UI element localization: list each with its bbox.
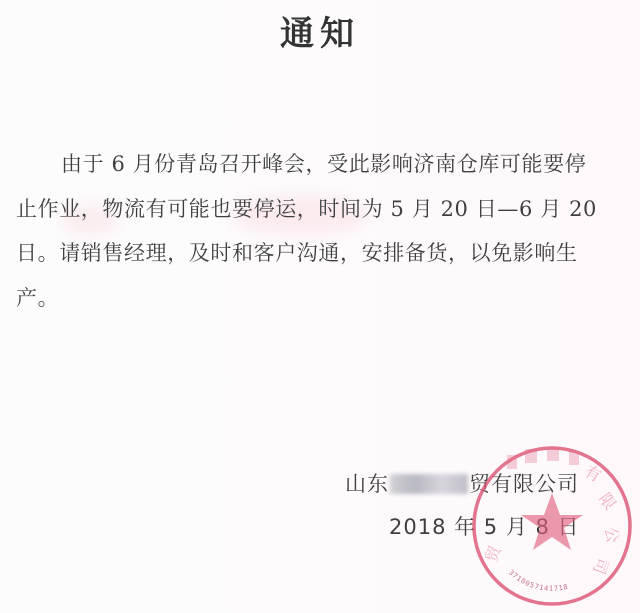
- body-line-4: 产。: [16, 276, 628, 321]
- body-line-2: 止作业，物流有可能也要停运，时间为 5 月 20 日—6 月 20: [16, 187, 628, 232]
- svg-text:3710057141718: 3710057141718: [507, 568, 569, 592]
- svg-text:公: 公: [601, 525, 622, 544]
- svg-text:限: 限: [595, 489, 620, 513]
- document-date: 2018 年 5 月 8 日: [389, 511, 580, 541]
- svg-text:司: 司: [589, 555, 612, 577]
- document-page: 通知 由于 6 月份青岛召开峰会，受此影响济南仓库可能要停 止作业，物流有可能也…: [0, 0, 640, 613]
- notice-body: 由于 6 月份青岛召开峰会，受此影响济南仓库可能要停 止作业，物流有可能也要停运…: [16, 142, 628, 320]
- body-line-3: 日。请销售经理，及时和客户沟通，安排备货，以免影响生: [16, 231, 628, 276]
- redacted-company-name: [390, 474, 468, 494]
- signature-prefix: 山东: [345, 472, 389, 496]
- svg-text:有: 有: [581, 461, 604, 485]
- body-line-1: 由于 6 月份青岛召开峰会，受此影响济南仓库可能要停: [16, 142, 628, 187]
- signature-suffix: 贸有限公司: [469, 472, 579, 496]
- document-title: 通知: [0, 6, 640, 55]
- company-signature: 山东贸有限公司: [345, 468, 579, 498]
- svg-text:贸: 贸: [482, 542, 506, 564]
